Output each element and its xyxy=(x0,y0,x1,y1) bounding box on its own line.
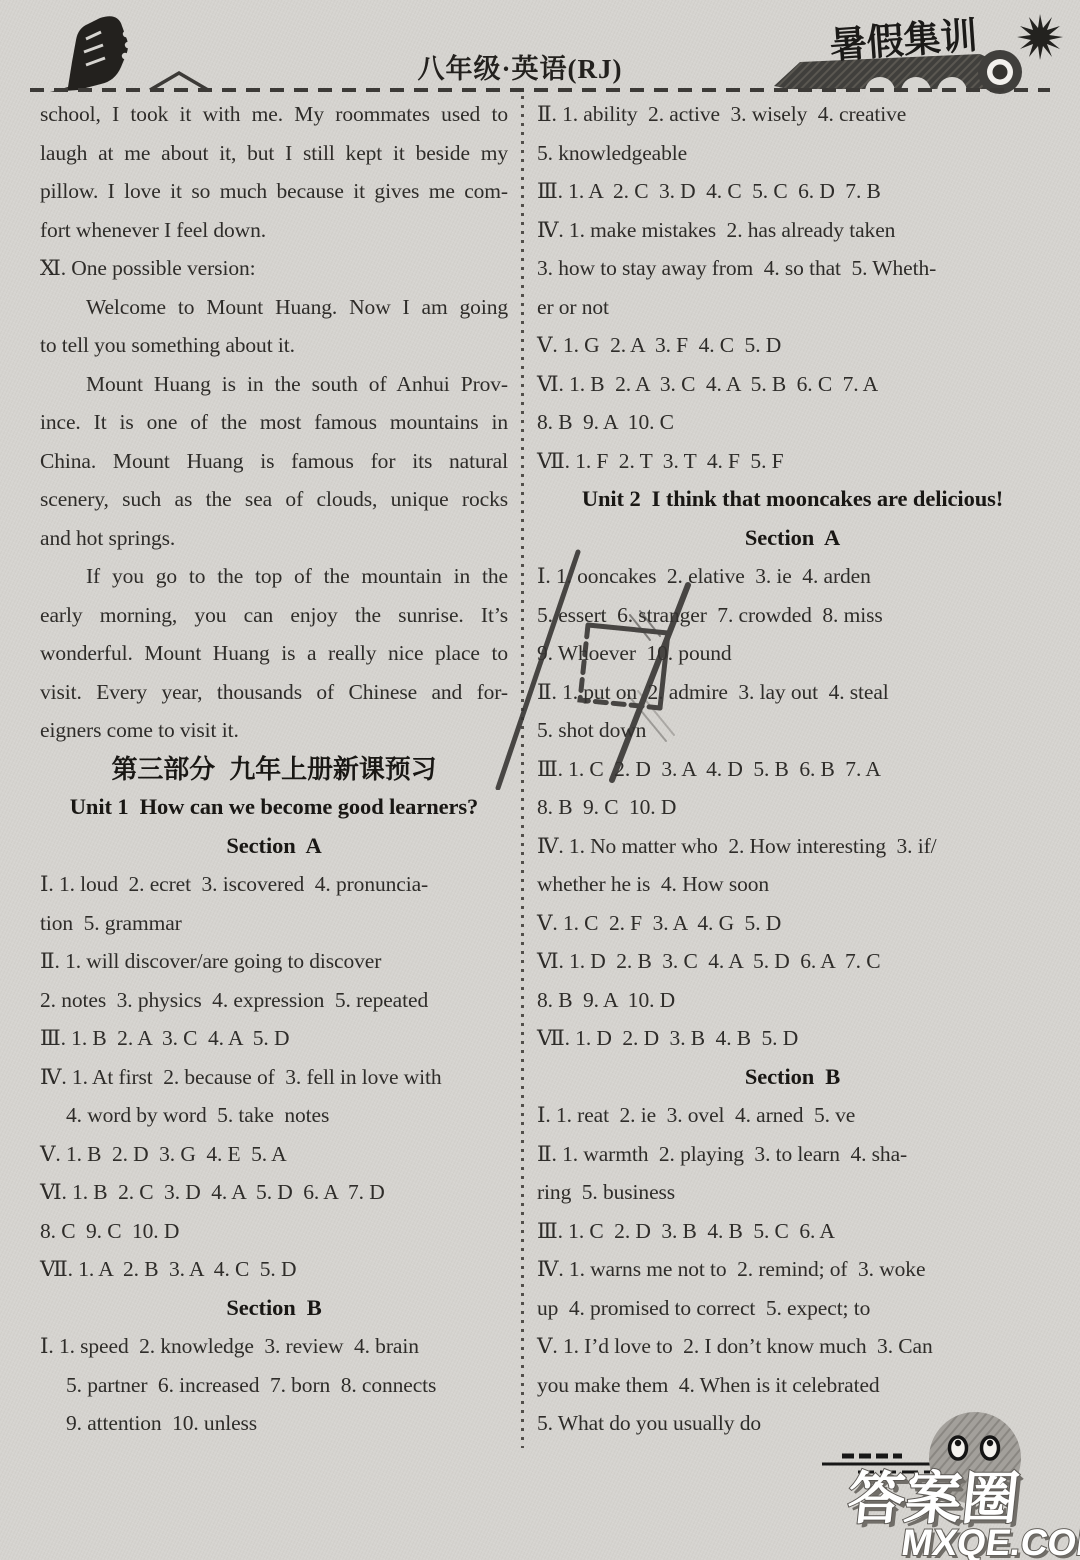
text-line: 第三部分 九年上册新课预习 xyxy=(40,750,508,789)
text-line: China. Mount Huang is famous for its nat… xyxy=(40,442,508,481)
svg-text:MXQE.COM: MXQE.COM xyxy=(899,1521,1080,1560)
text-line: Ⅱ. 1. put on 2. admire 3. lay out 4. ste… xyxy=(537,673,1048,712)
speed-lines-icon xyxy=(822,1456,934,1472)
text-line: 8. B 9. A 10. D xyxy=(537,981,1048,1020)
text-line: 8. B 9. A 10. C xyxy=(537,403,1048,442)
text-line: Ⅲ. 1. A 2. C 3. D 4. C 5. C 6. D 7. B xyxy=(537,172,1048,211)
text-line: Ⅵ. 1. B 2. C 3. D 4. A 5. D 6. A 7. D xyxy=(40,1173,508,1212)
text-line: 5. shot down xyxy=(537,711,1048,750)
text-line: er or not xyxy=(537,288,1048,327)
text-line: early morning, you can enjoy the sunrise… xyxy=(40,596,508,635)
text-line: Ⅶ. 1. F 2. T 3. T 4. F 5. F xyxy=(537,442,1048,481)
workbook-answer-page: 八年级·英语(RJ) 暑假集训 school, I took it with m… xyxy=(0,0,1080,1560)
text-line: whether he is 4. How soon xyxy=(537,865,1048,904)
text-line: scenery, such as the sea of clouds, uniq… xyxy=(40,480,508,519)
text-line: Ⅶ. 1. A 2. B 3. A 4. C 5. D xyxy=(40,1250,508,1289)
text-line: Section B xyxy=(537,1058,1048,1097)
text-line: school, I took it with me. My roommates … xyxy=(40,95,508,134)
svg-text:答案圈: 答案圈 xyxy=(845,1467,1023,1531)
text-line: visit. Every year, thousands of Chinese … xyxy=(40,673,508,712)
text-line: Ⅲ. 1. C 2. D 3. A 4. D 5. B 6. B 7. A xyxy=(537,750,1048,789)
text-line: Ⅴ. 1. G 2. A 3. F 4. C 5. D xyxy=(537,326,1048,365)
text-line: 8. C 9. C 10. D xyxy=(40,1212,508,1251)
text-line: Welcome to Mount Huang. Now I am going xyxy=(40,288,508,327)
text-line: ince. It is one of the most famous mount… xyxy=(40,403,508,442)
starburst-icon xyxy=(1017,14,1063,60)
text-line: 9. Whoever 10. pound xyxy=(537,634,1048,673)
text-line: Unit 1 How can we become good learners? xyxy=(40,788,508,827)
text-line: eigners come to visit it. xyxy=(40,711,508,750)
text-line: wonderful. Mount Huang is a really nice … xyxy=(40,634,508,673)
text-line: Ⅱ. 1. warmth 2. playing 3. to learn 4. s… xyxy=(537,1135,1048,1174)
text-line: pillow. I love it so much because it giv… xyxy=(40,172,508,211)
text-line: Ⅴ. 1. B 2. D 3. G 4. E 5. A xyxy=(40,1135,508,1174)
text-line: Ⅰ. 1. speed 2. knowledge 3. review 4. br… xyxy=(40,1327,508,1366)
text-line: Ⅰ. 1. ooncakes 2. elative 3. ie 4. arden xyxy=(537,557,1048,596)
text-line: 2. notes 3. physics 4. expression 5. rep… xyxy=(40,981,508,1020)
text-line: 3. how to stay away from 4. so that 5. W… xyxy=(537,249,1048,288)
text-line: ring 5. business xyxy=(537,1173,1048,1212)
text-line: Ⅵ. 1. D 2. B 3. C 4. A 5. D 6. A 7. C xyxy=(537,942,1048,981)
text-line: 8. B 9. C 10. D xyxy=(537,788,1048,827)
text-line: Unit 2 I think that mooncakes are delici… xyxy=(537,480,1048,519)
text-line: you make them 4. When is it celebrated xyxy=(537,1366,1048,1405)
text-line: to tell you something about it. xyxy=(40,326,508,365)
svg-text:答案圈: 答案圈 xyxy=(849,1471,1027,1535)
text-line: Ⅲ. 1. C 2. D 3. B 4. B 5. C 6. A xyxy=(537,1212,1048,1251)
text-line: Mount Huang is in the south of Anhui Pro… xyxy=(40,365,508,404)
text-line: Section A xyxy=(537,519,1048,558)
text-line: and hot springs. xyxy=(40,519,508,558)
text-line: Ⅳ. 1. make mistakes 2. has already taken xyxy=(537,211,1048,250)
text-line: Ⅰ. 1. loud 2. ecret 3. iscovered 4. pron… xyxy=(40,865,508,904)
rule-caret xyxy=(148,68,212,92)
text-line: 5. partner 6. increased 7. born 8. conne… xyxy=(40,1366,508,1405)
text-line: 5. What do you usually do xyxy=(537,1404,1048,1443)
answer-column-right: Ⅱ. 1. ability 2. active 3. wisely 4. cre… xyxy=(537,95,1048,1443)
text-line: Ⅳ. 1. warns me not to 2. remind; of 3. w… xyxy=(537,1250,1048,1289)
watermark-site-text: MXQE.COM MXQE.COM xyxy=(899,1521,1080,1560)
svg-text:MXQE.COM: MXQE.COM xyxy=(902,1524,1080,1560)
text-line: Ⅲ. 1. B 2. A 3. C 4. A 5. D xyxy=(40,1019,508,1058)
text-line: Ⅶ. 1. D 2. D 3. B 4. B 5. D xyxy=(537,1019,1048,1058)
text-line: up 4. promised to correct 5. expect; to xyxy=(537,1289,1048,1328)
text-line: Ⅰ. 1. reat 2. ie 3. ovel 4. arned 5. ve xyxy=(537,1096,1048,1135)
text-line: Ⅴ. 1. I’d love to 2. I don’t know much 3… xyxy=(537,1327,1048,1366)
text-line: Section B xyxy=(40,1289,508,1328)
brand-badge: 暑假集训 xyxy=(768,10,1068,98)
text-line: Ⅳ. 1. No matter who 2. How interesting 3… xyxy=(537,827,1048,866)
page-title: 八年级·英语(RJ) xyxy=(370,47,670,86)
text-line: Ⅵ. 1. B 2. A 3. C 4. A 5. B 6. C 7. A xyxy=(537,365,1048,404)
text-line: 9. attention 10. unless xyxy=(40,1404,508,1443)
text-line: 5. essert 6. stranger 7. crowded 8. miss xyxy=(537,596,1048,635)
text-line: 5. knowledgeable xyxy=(537,134,1048,173)
watermark-brand-text: 答案圈 答案圈 xyxy=(845,1467,1027,1535)
text-line: fort whenever I feel down. xyxy=(40,211,508,250)
answer-column-left: school, I took it with me. My roommates … xyxy=(40,95,508,1443)
column-divider xyxy=(521,96,524,1448)
text-line: Ⅺ. One possible version: xyxy=(40,249,508,288)
text-line: tion 5. grammar xyxy=(40,904,508,943)
fist-logo-icon xyxy=(40,8,144,92)
text-line: Ⅴ. 1. C 2. F 3. A 4. G 5. D xyxy=(537,904,1048,943)
text-line: If you go to the top of the mountain in … xyxy=(40,557,508,596)
text-line: Ⅱ. 1. ability 2. active 3. wisely 4. cre… xyxy=(537,95,1048,134)
text-line: Section A xyxy=(40,827,508,866)
text-line: Ⅱ. 1. will discover/are going to discove… xyxy=(40,942,508,981)
text-line: Ⅳ. 1. At first 2. because of 3. fell in … xyxy=(40,1058,508,1097)
text-line: laugh at me about it, but I still kept i… xyxy=(40,134,508,173)
text-line: 4. word by word 5. take notes xyxy=(40,1096,508,1135)
